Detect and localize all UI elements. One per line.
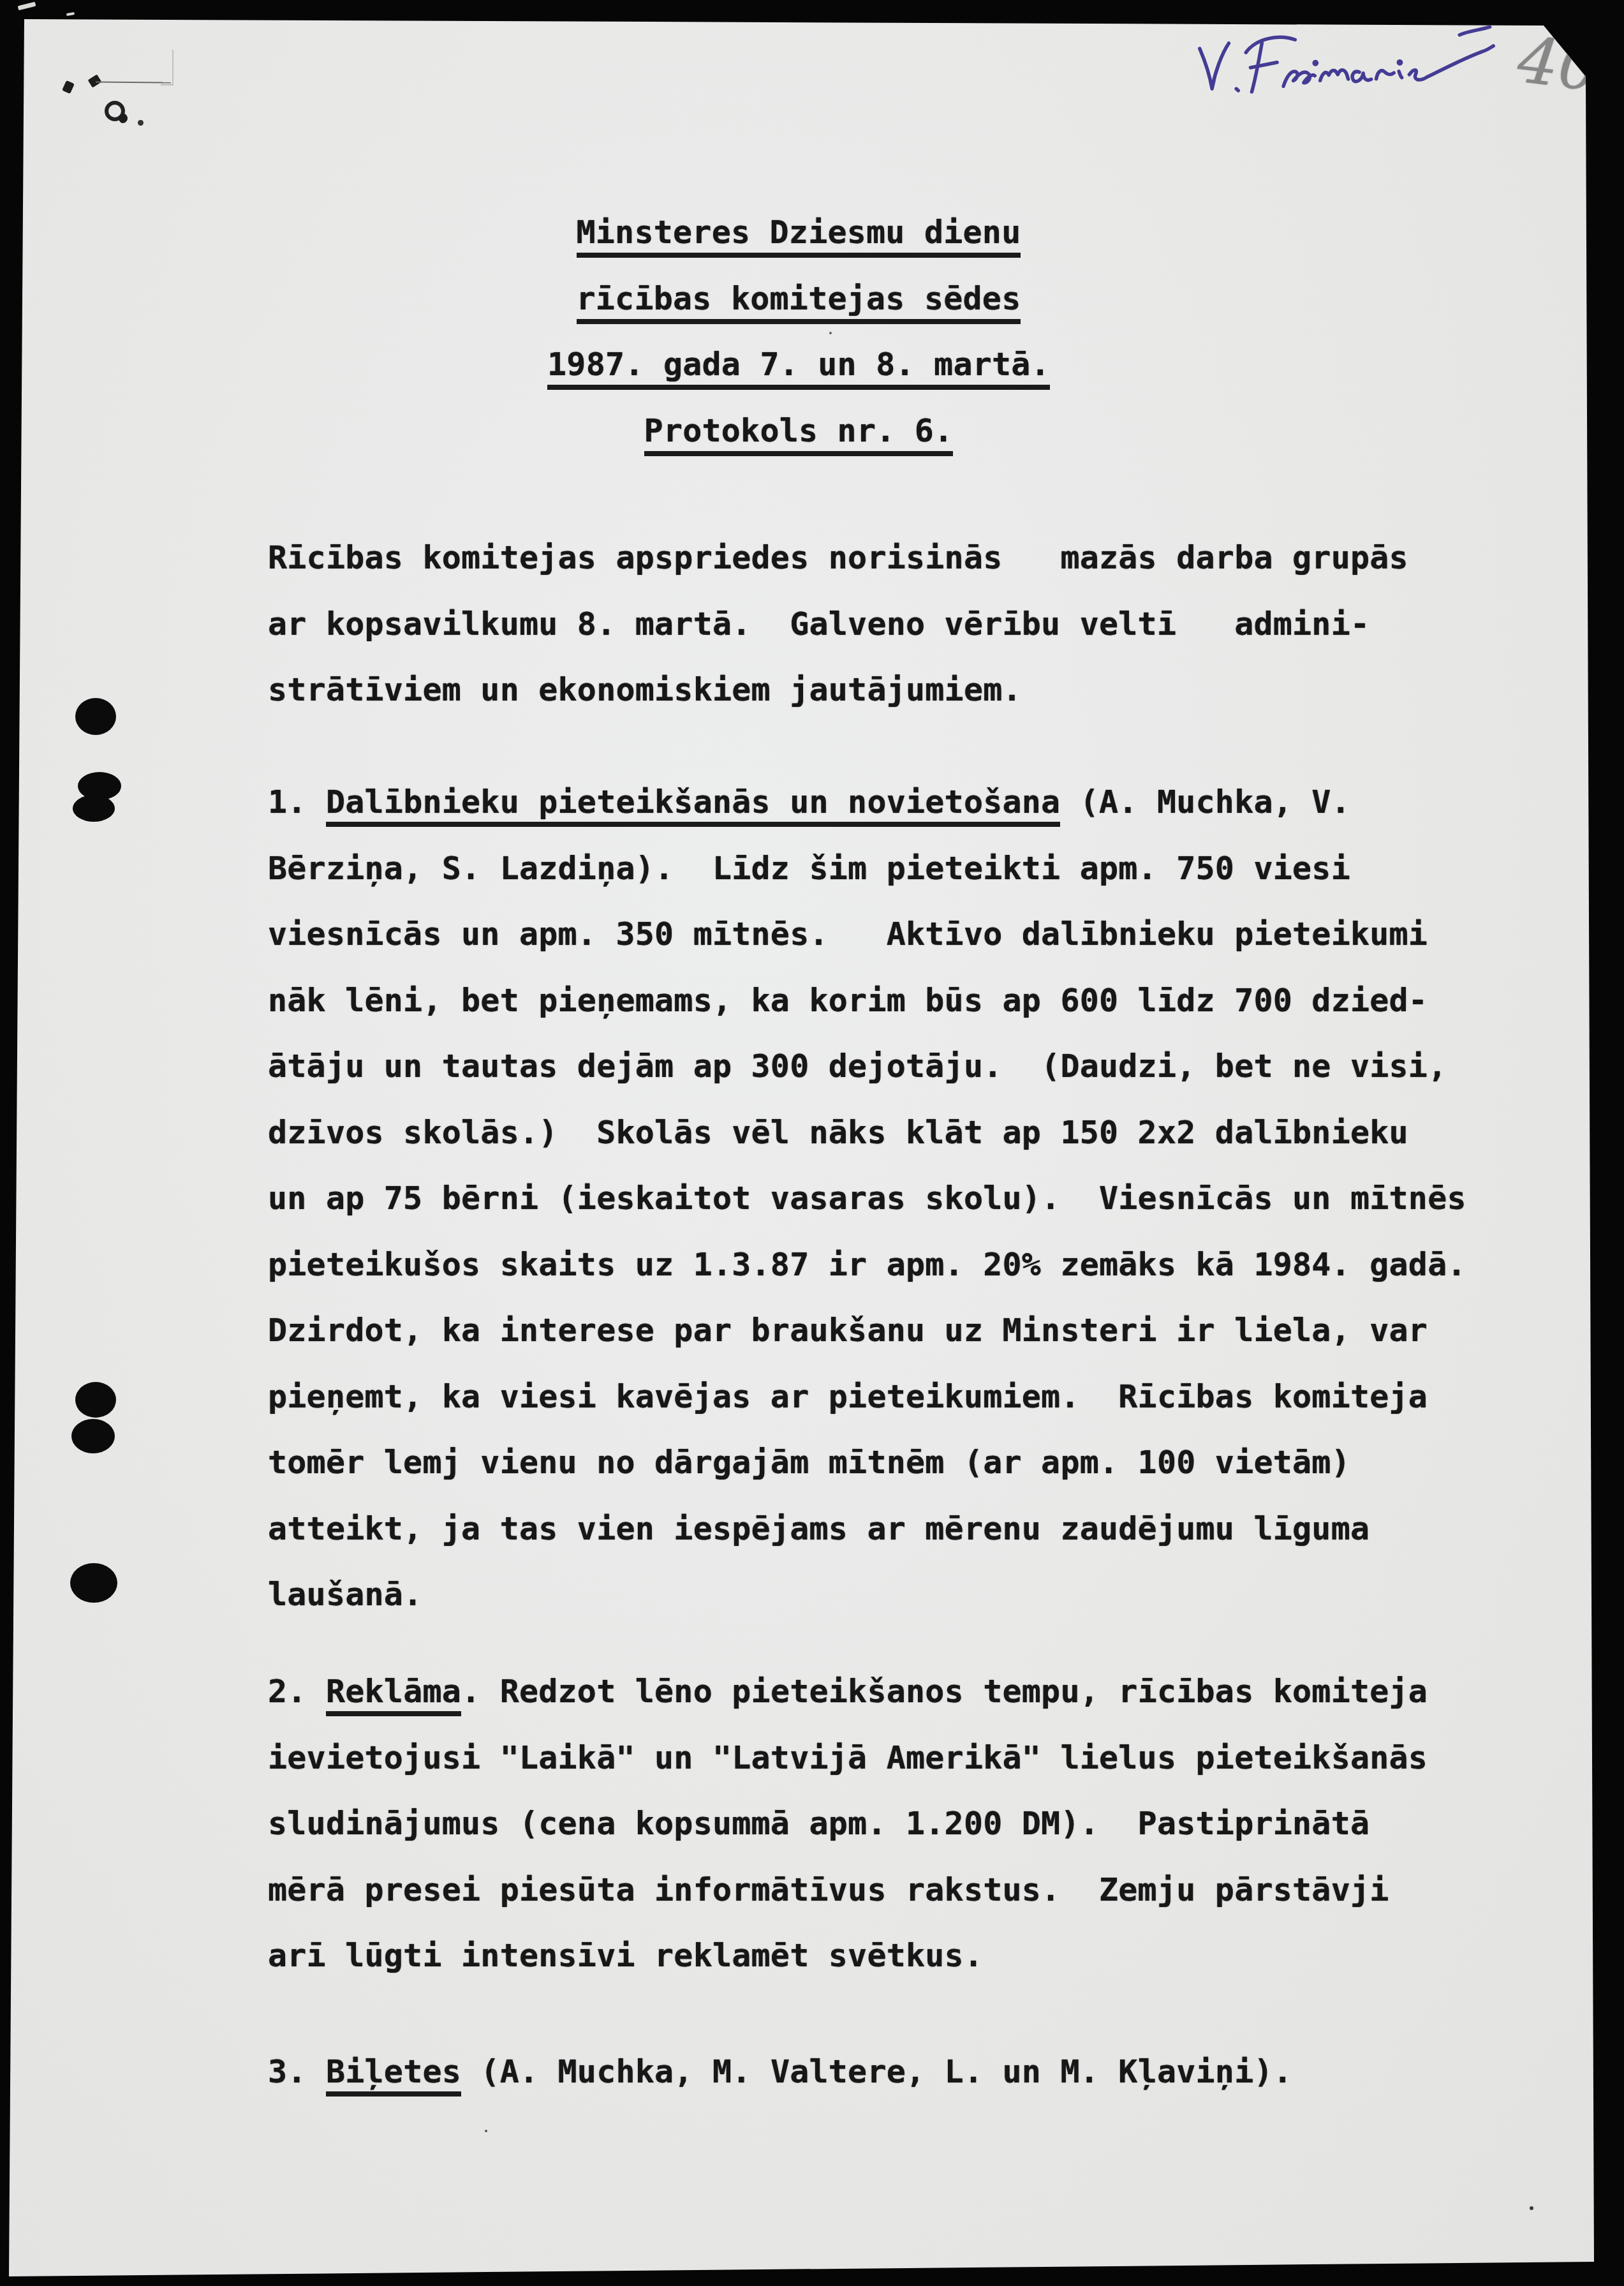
intro-paragraph: Rīcības komitejas apspriedes norisinās m… — [268, 525, 1408, 724]
title-line: Minsteres Dziesmu dienu — [268, 200, 1329, 266]
title-line-2: rīcības komitejas sēdes — [577, 280, 1021, 324]
title-line: rīcības komitejas sēdes — [268, 266, 1329, 332]
text-line: ievietojusi "Laikā" un "Latvijā Amerikā"… — [268, 1725, 1428, 1792]
text-line: Rīcības komitejas apspriedes norisinās m… — [268, 525, 1408, 591]
section-2: 2. Reklāma. Redzot lēno pieteikšanos tem… — [268, 1659, 1428, 1989]
section-number: 1. — [268, 783, 326, 820]
dust-speck — [1530, 2206, 1533, 2210]
text-line: strātīviem un ekonomiskiem jautājumiem. — [268, 657, 1408, 724]
text-line: pieņemt, ka viesi kavējas ar pieteikumie… — [268, 1364, 1466, 1430]
punch-hole-mark — [75, 1382, 116, 1418]
text-line: arī lūgti intensīvi reklamēt svētkus. — [268, 1923, 1428, 1989]
staple-mark-icon — [62, 80, 75, 94]
text-line: Dzirdot, ka interese par braukšanu uz Mi… — [268, 1298, 1466, 1364]
dust-speck — [829, 332, 832, 334]
punch-hole-mark — [73, 795, 115, 822]
section-heading-rest: (A. Muchka, M. Valtere, L. un M. Kļaviņi… — [461, 2053, 1292, 2090]
paper-sheet: V. Freimanis 40 Minsteres Dzie — [0, 0, 1624, 2286]
section-2-heading: 2. Reklāma. Redzot lēno pieteikšanos tem… — [268, 1659, 1428, 1725]
text-line: viesnīcās un apm. 350 mītnēs. Aktīvo dal… — [268, 902, 1466, 968]
section-3: 3. Biļetes (A. Muchka, M. Valtere, L. un… — [268, 2039, 1292, 2105]
title-line-3: 1987. gada 7. un 8. martā. — [547, 346, 1050, 390]
section-heading-underlined: Reklāma — [326, 1673, 461, 1716]
text-line: mērā presei piesūta informātīvus rakstus… — [268, 1857, 1428, 1924]
signature-handwriting: V. Freimanis — [1186, 13, 1508, 105]
punch-hole-mark — [75, 698, 116, 735]
text-line: laušanā. — [268, 1562, 1466, 1628]
text-line: ātāju un tautas dejām ap 300 dejotāju. (… — [268, 1034, 1466, 1100]
text-line: nāk lēni, bet pieņemams, ka korim būs ap… — [268, 968, 1466, 1034]
section-1-heading: 1. Dalībnieku pieteikšanās un novietošan… — [268, 769, 1466, 836]
title-line: 1987. gada 7. un 8. martā. — [268, 332, 1329, 398]
section-1: 1. Dalībnieku pieteikšanās un novietošan… — [268, 769, 1466, 1628]
section-heading-underlined: Dalībnieku pieteikšanās un novietošana — [326, 783, 1061, 827]
text-line: ar kopsavilkumu 8. martā. Galveno vērību… — [268, 591, 1408, 658]
paper-tear-mark — [161, 50, 173, 85]
text-line: un ap 75 bērni (ieskaitot vasaras skolu)… — [268, 1166, 1466, 1232]
text-line: sludinājumus (cena kopsummā apm. 1.200 D… — [268, 1791, 1428, 1857]
title-line: Protokols nr. 6. — [268, 398, 1329, 464]
document-title: Minsteres Dziesmu dienu rīcības komiteja… — [268, 200, 1329, 464]
text-line: atteikt, ja tas vien iespējams ar mērenu… — [268, 1496, 1466, 1562]
scanned-document-page: { "handwriting": { "signature": "V. Frei… — [0, 0, 1624, 2286]
section-number: 3. — [268, 2053, 326, 2090]
title-line-4: Protokols nr. 6. — [644, 412, 954, 456]
text-line: dzīvos skolās.) Skolās vēl nāks klāt ap … — [268, 1100, 1466, 1166]
text-line: pieteikušos skaits uz 1.3.87 ir apm. 20%… — [268, 1232, 1466, 1298]
section-heading-rest: (A. Muchka, V. — [1060, 783, 1350, 820]
section-heading-rest: . Redzot lēno pieteikšanos tempu, rīcība… — [461, 1673, 1428, 1710]
section-3-heading: 3. Biļetes (A. Muchka, M. Valtere, L. un… — [268, 2039, 1292, 2105]
title-line-1: Minsteres Dziesmu dienu — [577, 214, 1021, 258]
staple-mark-icon — [138, 120, 144, 126]
text-line: Bērziņa, S. Lazdiņa). Līdz šim pieteikti… — [268, 836, 1466, 902]
punch-hole-mark — [70, 1563, 117, 1603]
section-number: 2. — [268, 1673, 326, 1710]
section-heading-underlined: Biļetes — [326, 2053, 461, 2097]
text-line: tomēr lemj vienu no dārgajām mītnēm (ar … — [268, 1430, 1466, 1496]
staple-mark-icon — [118, 113, 128, 124]
dust-speck — [485, 2130, 487, 2132]
scratch-line — [96, 81, 171, 83]
punch-hole-mark — [71, 1419, 115, 1453]
